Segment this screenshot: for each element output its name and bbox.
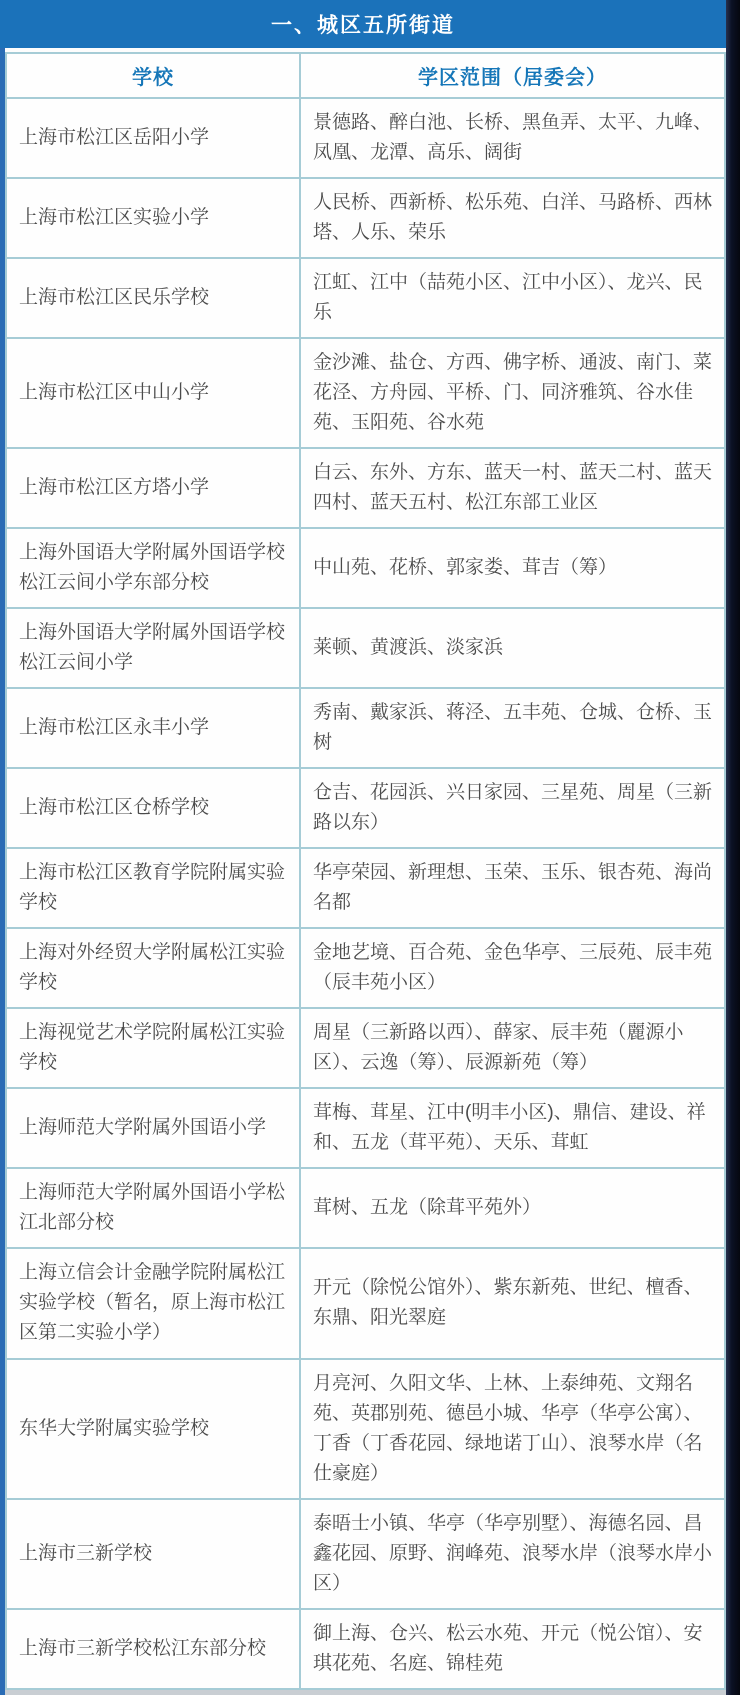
range-cell: 泰晤士小镇、华亭（华亭别墅）、海德名园、昌鑫花园、原野、润峰苑、浪琴水岸（浪琴水… xyxy=(300,1499,725,1609)
table-row: 上海市松江区岳阳小学景德路、醉白池、长桥、黑鱼弄、太平、九峰、凤凰、龙潭、高乐、… xyxy=(6,98,725,178)
range-cell: 仓吉、花园浜、兴日家园、三星苑、周星（三新路以东） xyxy=(300,768,725,848)
school-cell: 上海外国语大学附属外国语学校松江云间小学东部分校 xyxy=(6,528,300,608)
school-cell: 东华大学附属实验学校 xyxy=(6,1359,300,1499)
school-cell: 上海市松江区中山小学 xyxy=(6,338,300,448)
school-cell: 上海市松江区方塔小学 xyxy=(6,448,300,528)
school-cell: 上海市松江区仓桥学校 xyxy=(6,768,300,848)
table-row: 上海市松江区仓桥学校仓吉、花园浜、兴日家园、三星苑、周星（三新路以东） xyxy=(6,768,725,848)
range-cell: 周星（三新路以西）、薛家、辰丰苑（麗源小区）、云逸（筹）、辰源新苑（筹） xyxy=(300,1008,725,1088)
document-content: 一、城区五所街道 学校 学区范围（居委会） 上海市松江区岳阳小学景德路、醉白池、… xyxy=(0,0,726,1695)
table-row: 上海师范大学附属外国语小学松江北部分校茸树、五龙（除茸平苑外） xyxy=(6,1168,725,1248)
table-row: 上海立信会计金融学院附属松江实验学校（暂名，原上海市松江区第二实验小学）开元（除… xyxy=(6,1248,725,1358)
school-cell: 上海对外经贸大学附属松江实验学校 xyxy=(6,928,300,1008)
school-cell: 上海市松江区民乐学校 xyxy=(6,258,300,338)
col-header-range: 学区范围（居委会） xyxy=(300,53,725,98)
table-body: 上海市松江区岳阳小学景德路、醉白池、长桥、黑鱼弄、太平、九峰、凤凰、龙潭、高乐、… xyxy=(6,98,725,1689)
section-title: 一、城区五所街道 xyxy=(271,9,455,39)
page: 一、城区五所街道 学校 学区范围（居委会） 上海市松江区岳阳小学景德路、醉白池、… xyxy=(0,0,740,1695)
range-cell: 金沙滩、盐仓、方西、佛字桥、通波、南门、菜花泾、方舟园、平桥、门、同济雅筑、谷水… xyxy=(300,338,725,448)
table-wrapper: 学校 学区范围（居委会） 上海市松江区岳阳小学景德路、醉白池、长桥、黑鱼弄、太平… xyxy=(0,48,726,1695)
table-row: 上海市松江区永丰小学秀南、戴家浜、蒋泾、五丰苑、仓城、仓桥、玉树 xyxy=(6,688,725,768)
table-row: 上海市松江区中山小学金沙滩、盐仓、方西、佛字桥、通波、南门、菜花泾、方舟园、平桥… xyxy=(6,338,725,448)
range-cell: 金地艺境、百合苑、金色华亭、三辰苑、辰丰苑（辰丰苑小区） xyxy=(300,928,725,1008)
table-row: 上海市松江区实验小学人民桥、西新桥、松乐苑、白洋、马路桥、西林塔、人乐、荣乐 xyxy=(6,178,725,258)
range-cell: 华亭荣园、新理想、玉荣、玉乐、银杏苑、海尚名都 xyxy=(300,848,725,928)
range-cell: 莱顿、黄渡浜、淡家浜 xyxy=(300,608,725,688)
table-row: 东华大学附属实验学校月亮河、久阳文华、上林、上泰绅苑、文翔名苑、英郡别苑、德邑小… xyxy=(6,1359,725,1499)
photo-bottom-edge xyxy=(5,1690,726,1695)
photo-right-edge xyxy=(726,0,740,1695)
range-cell: 月亮河、久阳文华、上林、上泰绅苑、文翔名苑、英郡别苑、德邑小城、华亭（华亭公寓）… xyxy=(300,1359,725,1499)
range-cell: 开元（除悦公馆外）、紫东新苑、世纪、檀香、东鼎、阳光翠庭 xyxy=(300,1248,725,1358)
header-row: 学校 学区范围（居委会） xyxy=(6,53,725,98)
col-header-school: 学校 xyxy=(6,53,300,98)
table-row: 上海市松江区民乐学校江虹、江中（喆苑小区、江中小区）、龙兴、民乐 xyxy=(6,258,725,338)
school-cell: 上海市三新学校 xyxy=(6,1499,300,1609)
section-banner: 一、城区五所街道 xyxy=(0,0,726,48)
school-cell: 上海市松江区教育学院附属实验学校 xyxy=(6,848,300,928)
range-cell: 景德路、醉白池、长桥、黑鱼弄、太平、九峰、凤凰、龙潭、高乐、阔街 xyxy=(300,98,725,178)
school-cell: 上海市松江区永丰小学 xyxy=(6,688,300,768)
range-cell: 人民桥、西新桥、松乐苑、白洋、马路桥、西林塔、人乐、荣乐 xyxy=(300,178,725,258)
table-row: 上海外国语大学附属外国语学校松江云间小学莱顿、黄渡浜、淡家浜 xyxy=(6,608,725,688)
table-row: 上海市三新学校泰晤士小镇、华亭（华亭别墅）、海德名园、昌鑫花园、原野、润峰苑、浪… xyxy=(6,1499,725,1609)
school-cell: 上海师范大学附属外国语小学松江北部分校 xyxy=(6,1168,300,1248)
range-cell: 秀南、戴家浜、蒋泾、五丰苑、仓城、仓桥、玉树 xyxy=(300,688,725,768)
table-row: 上海师范大学附属外国语小学茸梅、茸星、江中(明丰小区)、鼎信、建设、祥和、五龙（… xyxy=(6,1088,725,1168)
school-cell: 上海视觉艺术学院附属松江实验学校 xyxy=(6,1008,300,1088)
school-cell: 上海立信会计金融学院附属松江实验学校（暂名，原上海市松江区第二实验小学） xyxy=(6,1248,300,1358)
range-cell: 白云、东外、方东、蓝天一村、蓝天二村、蓝天四村、蓝天五村、松江东部工业区 xyxy=(300,448,725,528)
range-cell: 江虹、江中（喆苑小区、江中小区）、龙兴、民乐 xyxy=(300,258,725,338)
table-row: 上海外国语大学附属外国语学校松江云间小学东部分校中山苑、花桥、郭家娄、茸吉（筹） xyxy=(6,528,725,608)
table-row: 上海对外经贸大学附属松江实验学校金地艺境、百合苑、金色华亭、三辰苑、辰丰苑（辰丰… xyxy=(6,928,725,1008)
school-cell: 上海师范大学附属外国语小学 xyxy=(6,1088,300,1168)
school-cell: 上海外国语大学附属外国语学校松江云间小学 xyxy=(6,608,300,688)
range-cell: 中山苑、花桥、郭家娄、茸吉（筹） xyxy=(300,528,725,608)
table-row: 上海市松江区教育学院附属实验学校华亭荣园、新理想、玉荣、玉乐、银杏苑、海尚名都 xyxy=(6,848,725,928)
table-row: 上海市三新学校松江东部分校御上海、仓兴、松云水苑、开元（悦公馆）、安琪花苑、名庭… xyxy=(6,1609,725,1689)
table-header: 学校 学区范围（居委会） xyxy=(6,53,725,98)
range-cell: 茸梅、茸星、江中(明丰小区)、鼎信、建设、祥和、五龙（茸平苑）、天乐、茸虹 xyxy=(300,1088,725,1168)
district-table: 学校 学区范围（居委会） 上海市松江区岳阳小学景德路、醉白池、长桥、黑鱼弄、太平… xyxy=(5,52,726,1690)
table-row: 上海市松江区方塔小学白云、东外、方东、蓝天一村、蓝天二村、蓝天四村、蓝天五村、松… xyxy=(6,448,725,528)
table-row: 上海视觉艺术学院附属松江实验学校周星（三新路以西）、薛家、辰丰苑（麗源小区）、云… xyxy=(6,1008,725,1088)
school-cell: 上海市松江区实验小学 xyxy=(6,178,300,258)
range-cell: 茸树、五龙（除茸平苑外） xyxy=(300,1168,725,1248)
school-cell: 上海市松江区岳阳小学 xyxy=(6,98,300,178)
range-cell: 御上海、仓兴、松云水苑、开元（悦公馆）、安琪花苑、名庭、锦桂苑 xyxy=(300,1609,725,1689)
school-cell: 上海市三新学校松江东部分校 xyxy=(6,1609,300,1689)
